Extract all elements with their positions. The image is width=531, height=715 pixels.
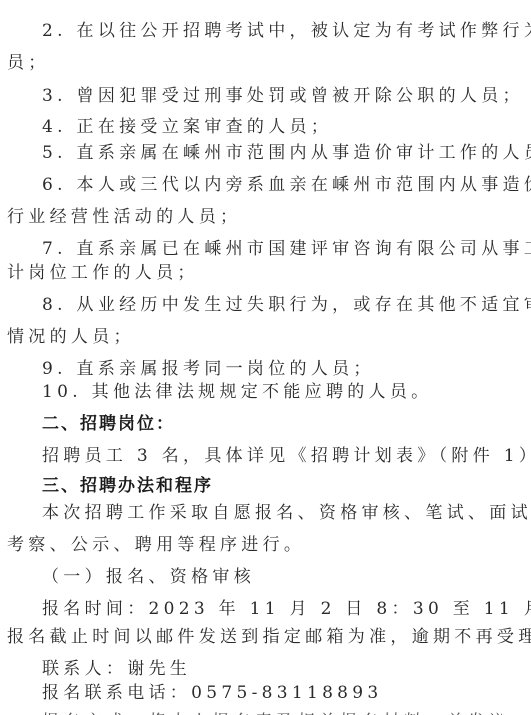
positions-text: 招聘员工 3 名，具体详见《招聘计划表》（附件 1） [42, 445, 531, 467]
section-heading-positions: 二、招聘岗位： [42, 413, 175, 435]
contact-person: 联系人：谢先生 [42, 658, 191, 680]
item-2-line-1: 2. 在以往公开招聘考试中，被认定为有考试作弊行为的人 [42, 20, 531, 42]
registration-time: 报名时间：2023 年 11 月 2 日 8：30 至 11 月 3 日 17：… [42, 598, 531, 620]
item-8-line-2: 情况的人员； [7, 326, 135, 348]
procedure-line-2: 考察、公示、聘用等程序进行。 [7, 534, 305, 556]
item-10: 10. 其他法律法规规定不能应聘的人员。 [42, 381, 432, 403]
item-6-line-2: 行业经营性活动的人员； [7, 206, 241, 228]
item-9: 9. 直系亲属报考同一岗位的人员； [42, 358, 375, 380]
item-7-line-1: 7. 直系亲属已在嵊州市国建评审咨询有限公司从事工程审 [42, 238, 531, 260]
item-4: 4. 正在接受立案审查的人员； [42, 116, 332, 138]
item-5: 5. 直系亲属在嵊州市范围内从事造价审计工作的人员； [42, 142, 531, 164]
item-7-line-2: 计岗位工作的人员； [7, 262, 199, 284]
subsection-heading-registration: （一）报名、资格审核 [42, 566, 255, 588]
item-6-line-1: 6. 本人或三代以内旁系血亲在嵊州市范围内从事造价咨询 [42, 174, 531, 196]
registration-deadline-note: 报名截止时间以邮件发送到指定邮箱为准，逾期不再受理。 [7, 626, 531, 648]
procedure-line-1: 本次招聘工作采取自愿报名、资格审核、笔试、面试、体检、 [42, 502, 531, 524]
item-8-line-1: 8. 从业经历中发生过失职行为，或存在其他不适宜审计工作 [42, 294, 531, 316]
cutoff-line: 报名方式：将本人报名表及相关报名材料一并发送至指定邮箱 [42, 707, 502, 715]
item-3: 3. 曾因犯罪受过刑事处罚或曾被开除公职的人员； [42, 85, 524, 107]
section-heading-procedure: 三、招聘办法和程序 [42, 475, 213, 497]
item-2-line-2: 员； [7, 52, 50, 74]
contact-phone: 报名联系电话：0575-83118893 [42, 682, 383, 704]
